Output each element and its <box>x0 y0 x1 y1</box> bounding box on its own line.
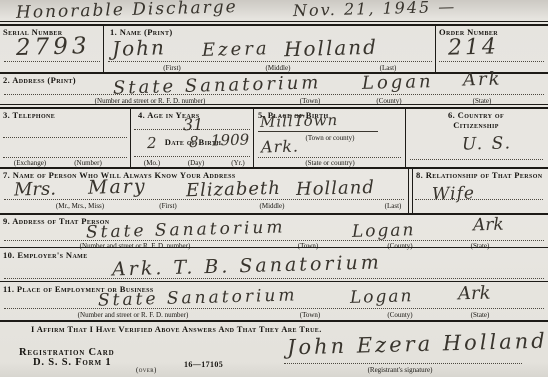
divider-line <box>0 24 548 26</box>
first-sublabel: (First) <box>159 202 177 210</box>
state-or-country-sublabel: (State or country) <box>305 159 354 167</box>
entry-line <box>439 61 544 62</box>
year-sublabel: (Yr.) <box>231 159 244 167</box>
day-sublabel: (Day) <box>188 159 204 167</box>
state-sublabel: (State) <box>471 242 490 250</box>
employer-value: Ark. T. B. Sanatorium <box>112 253 382 279</box>
entry-line <box>258 131 378 132</box>
birthplace-state-value: Ark. <box>261 139 299 156</box>
town-sublabel: (Town) <box>298 242 319 250</box>
street-sublabel: (Number and street or R. F. D. number) <box>95 97 206 105</box>
column-divider <box>412 169 413 213</box>
signature-sublabel: (Registrant's signature) <box>368 366 433 374</box>
county-sublabel: (County) <box>387 311 412 319</box>
divider-line <box>0 281 548 282</box>
employment-street-value: State Sanatorium <box>98 287 298 309</box>
registrant-signature: John Ezera Holland <box>287 331 548 359</box>
middle-sublabel: (Middle) <box>266 64 291 72</box>
divider-line <box>0 104 548 105</box>
entry-line <box>4 61 100 62</box>
column-divider <box>408 169 409 213</box>
telephone-label: 3. Telephone <box>3 110 55 120</box>
month-sublabel: (Mo.) <box>144 159 160 167</box>
entry-line <box>4 308 544 309</box>
street-sublabel: (Number and street or R. F. D. number) <box>80 242 191 250</box>
divider-line <box>0 167 548 169</box>
divider-line <box>0 21 548 22</box>
print-code: 16—17105 <box>184 360 223 370</box>
divider-line <box>0 107 548 109</box>
entry-line <box>3 137 127 138</box>
form-number: D. S. S. Form 1 <box>33 357 111 370</box>
serial-number-value: 2793 <box>16 35 91 60</box>
contact-middle-value: Elizabeth <box>186 180 281 200</box>
state-sublabel: (State) <box>473 97 492 105</box>
title-sublabel: (Mr., Mrs., Miss) <box>56 202 104 210</box>
dob-day-value: 8 <box>189 135 199 150</box>
citizenship-label-line1: 6. Country of <box>407 110 545 120</box>
contact-address-state-value: Ark <box>473 217 504 235</box>
contact-title-value: Mrs. <box>14 180 56 199</box>
dob-month-value: 2 <box>147 136 157 151</box>
column-divider <box>130 109 131 167</box>
contact-address-town-value: Logan <box>352 222 416 241</box>
divider-line <box>0 320 548 322</box>
name-middle-value: Ezera <box>202 40 270 60</box>
citizenship-label: 6. Country of Citizenship <box>407 110 545 130</box>
column-divider <box>435 25 436 72</box>
entry-line <box>410 159 543 160</box>
employer-label: 10. Employer's Name <box>3 250 88 260</box>
order-number-value: 214 <box>448 36 500 59</box>
address-town-value: Logan <box>362 73 434 93</box>
middle-sublabel: (Middle) <box>260 202 285 210</box>
address-label: 2. Address (Print) <box>3 75 76 85</box>
column-divider <box>253 109 254 167</box>
entry-line <box>258 157 401 158</box>
exchange-sublabel: (Exchange) <box>14 159 46 167</box>
state-sublabel: (State) <box>471 311 490 319</box>
date-annotation: Nov. 21, 1945 — <box>293 0 457 19</box>
registration-card: Honorable Discharge Nov. 21, 1945 — Seri… <box>0 0 548 377</box>
first-sublabel: (First) <box>163 64 181 72</box>
street-sublabel: (Number and street or R. F. D. number) <box>78 311 189 319</box>
relationship-value: Wife <box>432 185 475 203</box>
name-last-value: Holland <box>284 37 378 59</box>
employment-state-value: Ark <box>458 285 491 304</box>
entry-line <box>3 157 127 158</box>
citizenship-label-line2: Citizenship <box>407 120 545 130</box>
age-value: 31 <box>183 117 204 134</box>
employment-town-value: Logan <box>350 288 414 307</box>
town-sublabel: (Town) <box>300 311 321 319</box>
entry-line <box>134 156 250 157</box>
last-sublabel: (Last) <box>380 64 397 72</box>
address-state-value: Ark <box>463 70 502 89</box>
county-sublabel: (County) <box>376 97 401 105</box>
column-divider <box>405 109 406 167</box>
discharge-annotation: Honorable Discharge <box>16 0 238 22</box>
birthplace-town-value: MillTown <box>260 113 338 130</box>
town-sublabel: (Town) <box>300 97 321 105</box>
contact-first-value: Mary <box>88 177 147 198</box>
citizenship-value: U. S. <box>462 135 512 153</box>
number-sublabel: (Number) <box>74 159 102 167</box>
column-divider <box>103 25 104 72</box>
relationship-label: 8. Relationship of That Person <box>416 170 544 180</box>
county-sublabel: (County) <box>387 242 412 250</box>
entry-line <box>4 278 544 279</box>
over-note: (over) <box>136 366 157 374</box>
contact-last-value: Holland <box>296 179 375 199</box>
signature-line <box>284 363 522 364</box>
town-or-county-sublabel: (Town or county) <box>306 134 355 142</box>
name-first-value: John <box>112 37 166 58</box>
entry-line <box>108 61 432 62</box>
dob-year-value: 1909 <box>211 133 250 149</box>
entry-line <box>4 240 544 241</box>
last-sublabel: (Last) <box>385 202 402 210</box>
affirmation-statement: I Affirm That I Have Verified Above Answ… <box>31 324 322 334</box>
divider-line <box>0 213 548 215</box>
contact-address-street-value: State Sanatorium <box>86 219 286 241</box>
